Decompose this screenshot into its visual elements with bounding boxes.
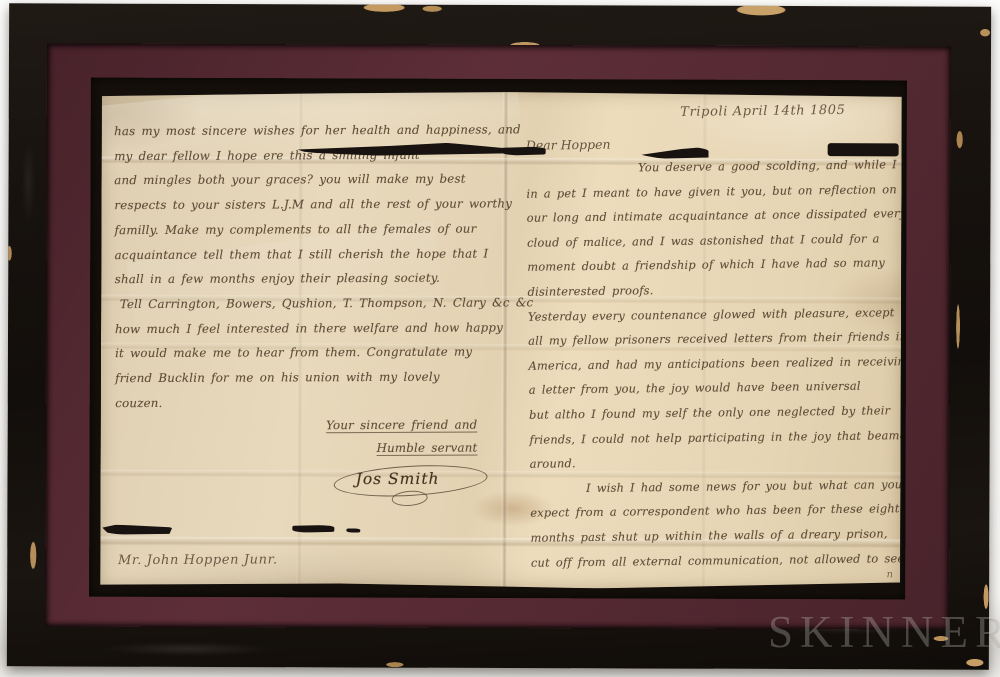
picture-frame: has my most sincere wishes for her healt…	[7, 3, 991, 669]
handwritten-line: Humble servant	[115, 437, 505, 462]
handwritten-line: and mingles both your graces? you will m…	[114, 167, 504, 193]
handwritten-line: has my most sincere wishes for her healt…	[114, 117, 504, 143]
letter-sheet: has my most sincere wishes for her healt…	[100, 91, 902, 590]
handwritten-line: Tell Carrington, Bowers, Qushion, T. Tho…	[115, 290, 505, 316]
handwritten-line: familly. Make my complements to all the …	[114, 216, 504, 242]
handwritten-line: how much I feel interested in there welf…	[115, 315, 505, 341]
right-page-body: You deserve a good scolding, and while I…	[526, 152, 903, 575]
handwritten-line: shall in a few months enjoy their pleasi…	[115, 266, 505, 292]
handwritten-line: respects to your sisters L.J.M and all t…	[114, 192, 504, 218]
mat-opening: has my most sincere wishes for her healt…	[89, 78, 907, 600]
handwritten-line: it would make me to hear from them. Cong…	[115, 340, 505, 366]
auction-photo: has my most sincere wishes for her healt…	[0, 0, 1000, 677]
handwritten-line: friend Bucklin for me on his union with …	[115, 364, 505, 390]
left-page-body: has my most sincere wishes for her healt…	[114, 117, 505, 415]
closing-lines: Your sincere friend andHumble servant	[115, 414, 505, 462]
signature-flourish-loop	[391, 490, 428, 508]
dateline: Tripoli April 14th 1805	[525, 99, 897, 126]
signature-wrap: Jos Smith	[334, 464, 490, 499]
signature: Jos Smith	[356, 470, 440, 488]
letter-left-page: has my most sincere wishes for her healt…	[100, 90, 506, 588]
handwritten-line: couzen.	[115, 389, 505, 415]
ink-blot	[502, 146, 546, 155]
ink-blot	[828, 143, 899, 156]
signature-block: Jos Smith	[116, 464, 506, 514]
mat-board: has my most sincere wishes for her healt…	[45, 43, 951, 629]
letter-right-page: Tripoli April 14th 1805 Dear Hoppen You …	[501, 87, 903, 588]
handwritten-line: acquaintance tell them that I still cher…	[115, 241, 505, 267]
address-line: Mr. John Hoppen Junr.	[116, 552, 506, 569]
auction-house-watermark: SKINNER	[768, 608, 1000, 656]
ink-blot	[292, 525, 334, 533]
ink-blot	[346, 528, 360, 532]
handwritten-line: Your sincere friend and	[115, 414, 505, 439]
